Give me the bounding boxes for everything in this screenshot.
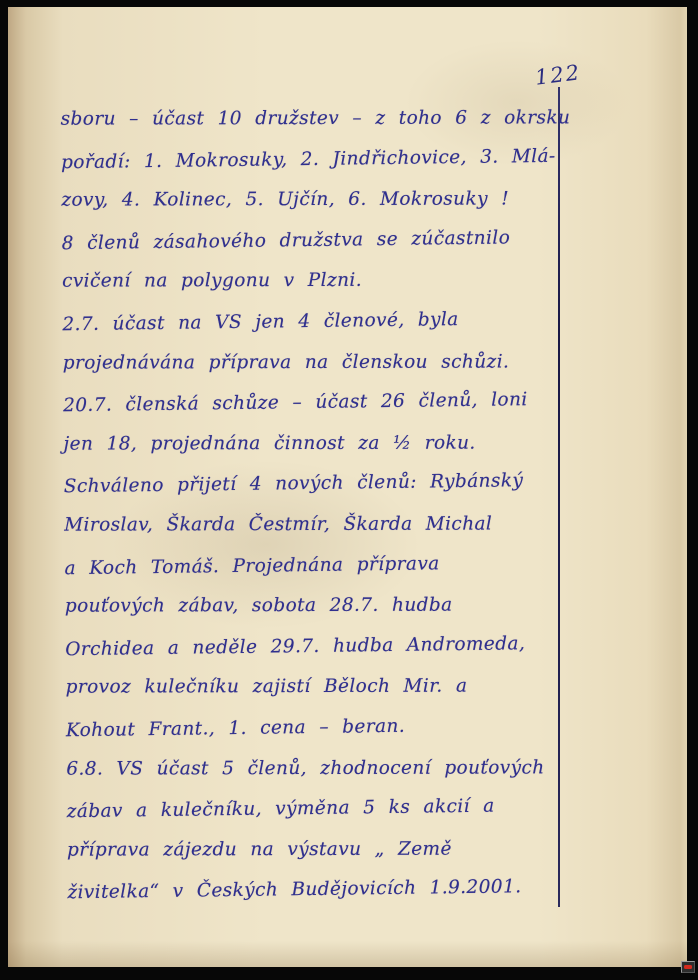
scanned-page: 122 sboru – účast 10 družstev – z toho 6…: [0, 0, 698, 980]
handwritten-line: jen 18, projednána činnost za ½ roku.: [63, 422, 557, 464]
paper-sheet: 122 sboru – účast 10 družstev – z toho 6…: [8, 7, 687, 967]
handwritten-line: Kohout Frant., 1. cena – beran.: [66, 704, 560, 751]
handwritten-line: Orchidea a neděle 29.7. hudba Andromeda,: [65, 622, 559, 669]
handwritten-line: 2.7. účast na VS jen 4 členové, byla: [62, 298, 556, 345]
handwritten-line: pouťových zábav, sobota 28.7. hudba: [65, 584, 559, 626]
handwritten-line: Schváleno přijetí 4 nových členů: Rybáns…: [64, 460, 558, 507]
handwritten-line: 8 členů zásahového družstva se zúčastnil…: [61, 217, 555, 264]
handwritten-line: cvičení na polygonu v Plzni.: [62, 260, 556, 302]
handwritten-line: živitelka“ v Českých Budějovicích 1.9.20…: [67, 866, 561, 913]
handwritten-line: pořadí: 1. Mokrosuky, 2. Jindřichovice, …: [61, 135, 555, 182]
handwritten-line: 6.8. VS účast 5 členů, zhodnocení pouťov…: [66, 747, 560, 789]
handwritten-line: sboru – účast 10 družstev – z toho 6 z o…: [61, 97, 555, 139]
handwritten-line: a Koch Tomáš. Projednána příprava: [64, 541, 558, 588]
handwritten-line: provoz kulečníku zajistí Běloch Mir. a: [66, 666, 560, 708]
handwritten-line: projednávána příprava na členskou schůzi…: [63, 341, 557, 383]
page-number: 122: [534, 60, 583, 89]
red-dash-icon: [684, 965, 692, 969]
corner-minus-icon: [681, 961, 695, 973]
handwritten-line: 20.7. členská schůze – účast 26 členů, l…: [63, 379, 557, 426]
handwritten-line: Miroslav, Škarda Čestmír, Škarda Michal: [64, 503, 558, 545]
handwritten-line: zovy, 4. Kolinec, 5. Ujčín, 6. Mokrosuky…: [61, 179, 555, 221]
handwritten-line: příprava zájezdu na výstavu „ Země: [67, 828, 561, 870]
handwritten-line: zábav a kulečníku, výměna 5 ks akcií a: [66, 785, 560, 832]
handwritten-text-block: sboru – účast 10 družstev – z toho 6 z o…: [60, 96, 561, 912]
